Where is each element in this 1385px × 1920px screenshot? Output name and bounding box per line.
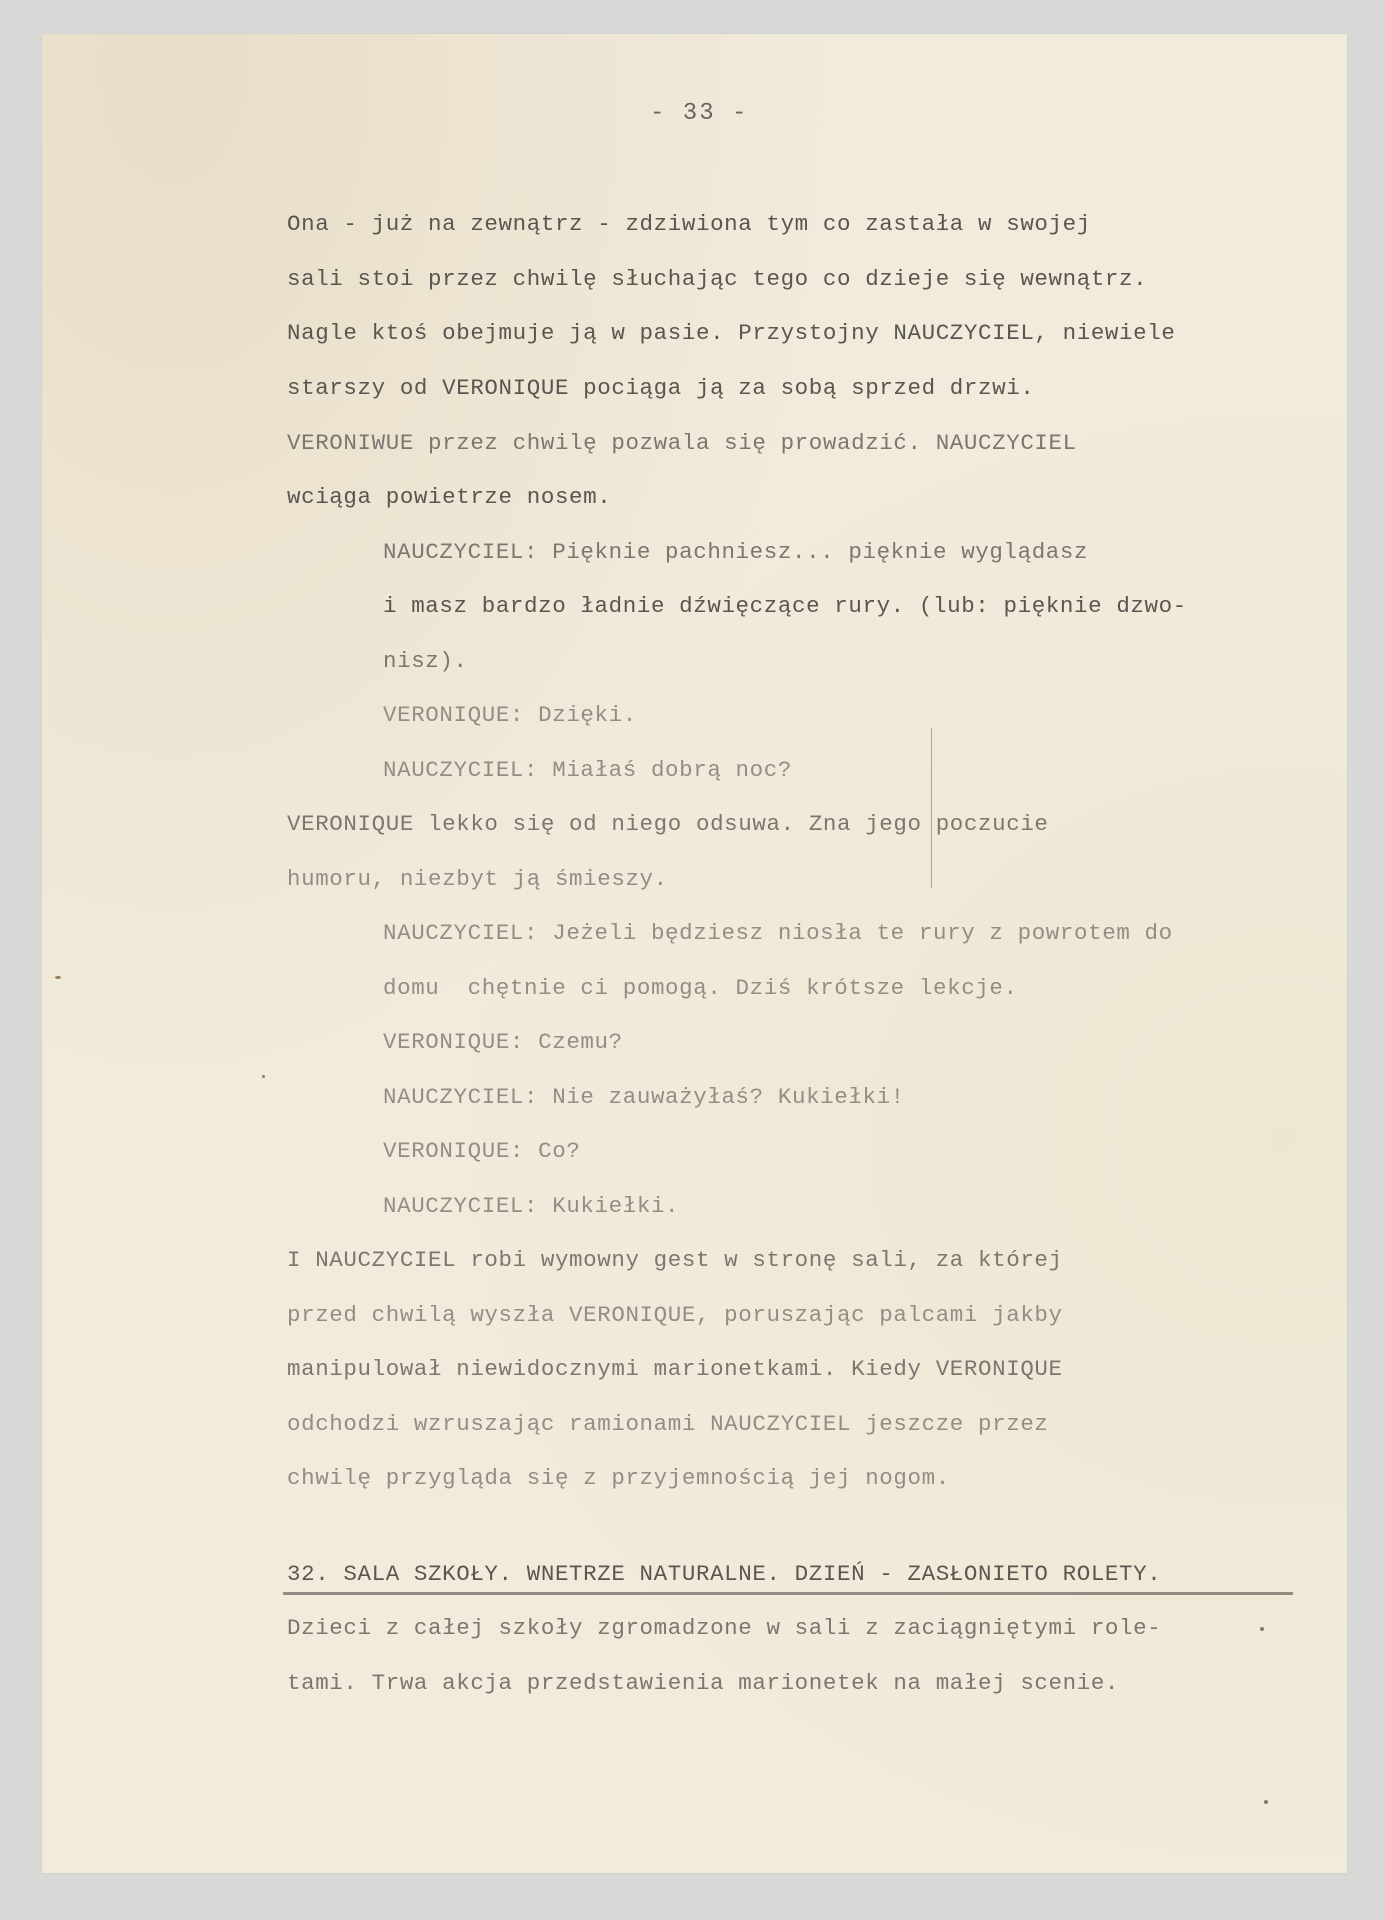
typewritten-page <box>42 34 1347 1873</box>
margin-mark <box>931 728 932 888</box>
dialogue-line: NAUCZYCIEL: Miałaś dobrą noc? <box>383 759 792 782</box>
heading-underline <box>283 1592 1293 1595</box>
body-line: przed chwilą wyszła VERONIQUE, poruszają… <box>287 1304 1063 1327</box>
body-line: humoru, niezbyt ją śmieszy. <box>287 868 668 891</box>
dialogue-line: VERONIQUE: Dzięki. <box>383 704 637 727</box>
body-line: manipulował niewidocznymi marionetkami. … <box>287 1358 1063 1381</box>
body-line: sali stoi przez chwilę słuchając tego co… <box>287 268 1147 291</box>
body-line: chwilę przygląda się z przyjemnością jej… <box>287 1467 950 1490</box>
paper-speck <box>262 1075 265 1078</box>
dialogue-line: i masz bardzo ładnie dźwięczące rury. (l… <box>383 595 1187 618</box>
body-line: VERONIWUE przez chwilę pozwala się prowa… <box>287 432 1077 455</box>
body-line: starszy od VERONIQUE pociąga ją za sobą … <box>287 377 1034 400</box>
dialogue-line: VERONIQUE: Czemu? <box>383 1031 623 1054</box>
paper-speck <box>1260 1627 1264 1631</box>
body-line: odchodzi wzruszając ramionami NAUCZYCIEL… <box>287 1413 1049 1436</box>
dialogue-line: VERONIQUE: Co? <box>383 1140 580 1163</box>
paper-speck <box>55 976 61 979</box>
page-number: - 33 - <box>650 100 748 127</box>
body-line: Ona - już na zewnątrz - zdziwiona tym co… <box>287 213 1091 236</box>
scene-line: Dzieci z całej szkoły zgromadzone w sali… <box>287 1617 1161 1640</box>
dialogue-line: NAUCZYCIEL: Kukiełki. <box>383 1195 679 1218</box>
dialogue-line: NAUCZYCIEL: Pięknie pachniesz... pięknie… <box>383 541 1088 564</box>
dialogue-line: domu chętnie ci pomogą. Dziś krótsze lek… <box>383 977 1018 1000</box>
body-line: VERONIQUE lekko się od niego odsuwa. Zna… <box>287 813 1049 836</box>
body-line: I NAUCZYCIEL robi wymowny gest w stronę … <box>287 1249 1063 1272</box>
paper-speck <box>1264 1800 1268 1804</box>
body-line: wciąga powietrze nosem. <box>287 486 611 509</box>
dialogue-line: NAUCZYCIEL: Jeżeli będziesz niosła te ru… <box>383 922 1173 945</box>
scene-line: tami. Trwa akcja przedstawienia marionet… <box>287 1672 1119 1695</box>
dialogue-line: NAUCZYCIEL: Nie zauważyłaś? Kukiełki! <box>383 1086 905 1109</box>
scene-heading: 32. SALA SZKOŁY. WNETRZE NATURALNE. DZIE… <box>287 1563 1161 1586</box>
body-line: Nagle ktoś obejmuje ją w pasie. Przystoj… <box>287 322 1175 345</box>
dialogue-line: nisz). <box>383 650 468 673</box>
